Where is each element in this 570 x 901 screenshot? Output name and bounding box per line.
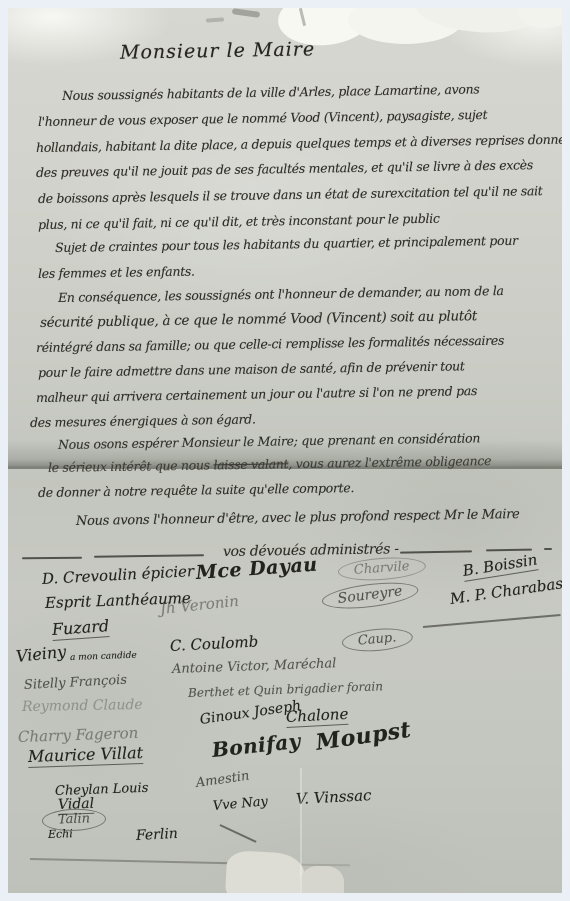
letter-line: réintégré dans sa famille; ou que celle-… [36,333,504,355]
signature: Reymond Claude [22,697,143,715]
signature: Soureyre [321,578,420,613]
signature: Vve Nay [212,794,268,814]
paper-tear-mark [232,8,261,18]
letter-scan-paper: Monsieur le Maire Nous soussignés habita… [8,8,562,893]
letter-line: En conséquence, les soussignés ont l'hon… [58,283,504,305]
letter-line: Sujet de craintes pour tous les habitant… [55,233,518,255]
letter-line: des preuves qu'il ne jouit pas de ses fa… [36,157,533,180]
fold-line-pre: le sérieux intérêt que nous [48,457,214,475]
flourish-dash [22,557,82,560]
signature: Maurice Villat [28,743,144,768]
paper-tear-mark [206,17,224,22]
letter-line: de boissons après lesquels il se trouve … [38,183,543,206]
signature-flourish-stroke [423,614,561,628]
flourish-dash [544,548,552,550]
letter-line: Nous soussignés habitants de la ville d'… [62,81,480,103]
flourish-dash [400,550,472,553]
letter-line: des mesures énergiques à son égard. [30,411,256,430]
signature: Amestin [195,769,250,791]
signature: Caup. [341,626,413,654]
signature: C. Coulomb [170,632,259,655]
bottom-crease-line [30,858,230,864]
signature: Charry Fageron [18,724,139,746]
paper-torn-strip [225,850,306,893]
signature: D. Crevoulin épicier [42,562,195,588]
flourish-dash [94,554,204,558]
signature-flourish-stroke [220,824,257,842]
scanned-document-frame: Monsieur le Maire Nous soussignés habita… [0,0,570,901]
fold-line-struck-word: laisse valant [213,456,288,472]
signature: Fuzard [51,616,110,641]
signature: Ferlin [136,826,179,844]
paper-torn-strip [300,866,344,893]
signature: Sitelly François [24,673,128,693]
paper-fold-seam [300,768,302,893]
signature: Berthet et Quin brigadier forain [188,679,383,700]
fold-line-post: , vous aurez l'extrême obligeance [288,453,491,471]
signature: a mon candide [70,651,137,663]
letter-line: de donner à notre requête la suite qu'el… [38,480,354,500]
signature: Mce Dayau [195,554,318,584]
signature: B. Boissin [461,550,538,582]
letter-salutation: Monsieur le Maire [120,38,315,63]
signature: Bonifay [211,729,302,762]
signature: Echi [48,827,73,841]
letter-closing: Nous avons l'honneur d'être, avec le plu… [76,507,520,529]
signature: Charvile [337,555,426,583]
signature: Antoine Victor, Maréchal [172,656,337,677]
signature: Vieiny [15,642,67,666]
letter-line: sécurité publique, à ce que le nommé Voo… [40,308,477,331]
letter-line: les femmes et les enfants. [38,264,195,281]
letter-line: hollandais, habitant la dite place, a de… [36,132,562,155]
letter-line: pour le faire admettre dans une maison d… [38,358,465,380]
signature: Chalone [285,705,348,728]
letter-line: l'honneur de vous exposer que le nommé V… [38,107,488,129]
signature: V. Vinssac [296,786,372,808]
letter-line: malheur qui arrivera certainement un jou… [36,383,477,405]
letter-line: plus, ni ce qu'il fait, ni ce qu'il dit,… [38,211,440,232]
